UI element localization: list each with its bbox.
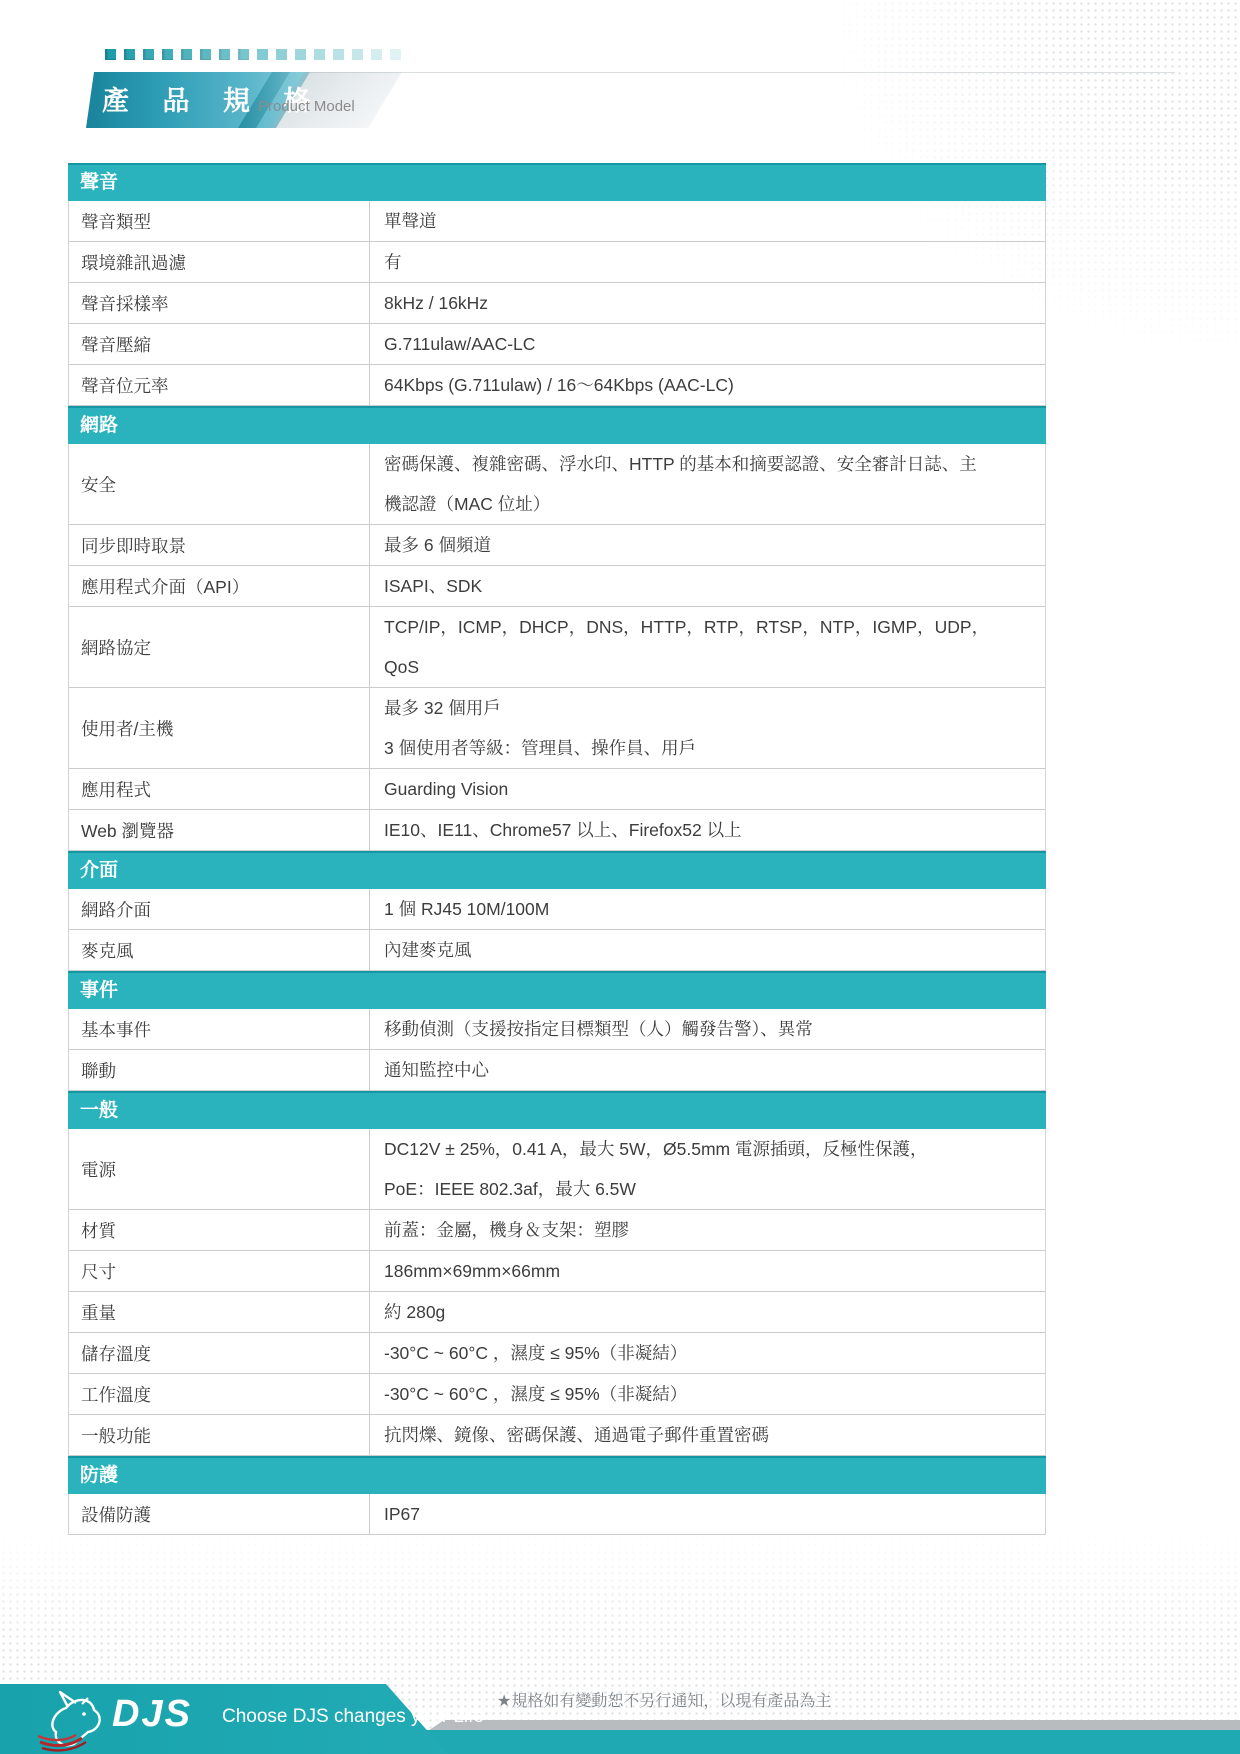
spec-row: 聯動通知監控中心 — [69, 1050, 1045, 1091]
spec-value: 約 280g — [370, 1292, 1045, 1332]
brand-slogan: Choose DJS changes your Life — [222, 1706, 484, 1728]
spec-value: 有 — [370, 242, 1045, 282]
deco-square — [105, 49, 116, 60]
spec-label: 聯動 — [69, 1050, 370, 1090]
spec-value-line: ISAPI、SDK — [384, 566, 1031, 606]
spec-row: 電源DC12V ± 25%，0.41 A，最大 5W，Ø5.5mm 電源插頭，反… — [69, 1129, 1045, 1210]
spec-label: 環境雜訊過濾 — [69, 242, 370, 282]
spec-value-line: 最多 32 個用戶 — [384, 688, 1031, 728]
section-header: 網路 — [68, 406, 1046, 444]
spec-value: 64Kbps (G.711ulaw) / 16～64Kbps (AAC-LC) — [370, 365, 1045, 405]
spec-value-line: 8kHz / 16kHz — [384, 283, 1031, 323]
spec-row: 使用者/主機最多 32 個用戶3 個使用者等級：管理員、操作員、用戶 — [69, 688, 1045, 769]
spec-value: -30°C ~ 60°C ，濕度 ≤ 95%（非凝結） — [370, 1374, 1045, 1414]
spec-row: 網路介面1 個 RJ45 10M/100M — [69, 889, 1045, 930]
spec-value-line: 前蓋：金屬，機身＆支架：塑膠 — [384, 1210, 1031, 1250]
spec-value: 單聲道 — [370, 201, 1045, 241]
spec-label: 一般功能 — [69, 1415, 370, 1455]
spec-value: 最多 6 個頻道 — [370, 525, 1045, 565]
spec-row: 安全密碼保護、複雜密碼、浮水印、HTTP 的基本和摘要認證、安全審計日誌、主機認… — [69, 444, 1045, 525]
brand-wordmark: DJS — [112, 1693, 192, 1736]
spec-value-line: 機認證（MAC 位址） — [384, 484, 1031, 524]
spec-label: 同步即時取景 — [69, 525, 370, 565]
deco-square — [143, 49, 154, 60]
spec-value: 最多 32 個用戶3 個使用者等級：管理員、操作員、用戶 — [370, 688, 1045, 768]
spec-value-line: Guarding Vision — [384, 769, 1031, 809]
section-header: 事件 — [68, 971, 1046, 1009]
spec-value: G.711ulaw/AAC-LC — [370, 324, 1045, 364]
spec-value-line: DC12V ± 25%，0.41 A，最大 5W，Ø5.5mm 電源插頭，反極性… — [384, 1129, 1031, 1169]
spec-value: 密碼保護、複雜密碼、浮水印、HTTP 的基本和摘要認證、安全審計日誌、主機認證（… — [370, 444, 1045, 524]
spec-value-line: -30°C ~ 60°C ，濕度 ≤ 95%（非凝結） — [384, 1333, 1031, 1373]
spec-value-line: -30°C ~ 60°C ，濕度 ≤ 95%（非凝結） — [384, 1374, 1031, 1414]
spec-label: 使用者/主機 — [69, 688, 370, 768]
spec-value: 通知監控中心 — [370, 1050, 1045, 1090]
spec-value-line: 內建麥克風 — [384, 930, 1031, 970]
spec-row: Web 瀏覽器IE10、IE11、Chrome57 以上、Firefox52 以… — [69, 810, 1045, 851]
section-header: 防護 — [68, 1456, 1046, 1494]
spec-value: 移動偵測（支援按指定目標類型（人）觸發告警）、異常 — [370, 1009, 1045, 1049]
spec-value-line: 3 個使用者等級：管理員、操作員、用戶 — [384, 728, 1031, 768]
spec-value-line: IE10、IE11、Chrome57 以上、Firefox52 以上 — [384, 810, 1031, 850]
spec-value-line: TCP/IP，ICMP，DHCP，DNS，HTTP，RTP，RTSP，NTP，I… — [384, 607, 1031, 647]
spec-row: 聲音位元率64Kbps (G.711ulaw) / 16～64Kbps (AAC… — [69, 365, 1045, 406]
spec-value-line: 移動偵測（支援按指定目標類型（人）觸發告警）、異常 — [384, 1009, 1031, 1049]
spec-value: 186mm×69mm×66mm — [370, 1251, 1045, 1291]
spec-value: 前蓋：金屬，機身＆支架：塑膠 — [370, 1210, 1045, 1250]
spec-value-line: 有 — [384, 242, 1031, 282]
deco-square — [124, 49, 135, 60]
deco-square — [219, 49, 230, 60]
spec-value: 抗閃爍、鏡像、密碼保護、通過電子郵件重置密碼 — [370, 1415, 1045, 1455]
spec-row: 基本事件移動偵測（支援按指定目標類型（人）觸發告警）、異常 — [69, 1009, 1045, 1050]
section-header: 介面 — [68, 851, 1046, 889]
spec-label: 網路介面 — [69, 889, 370, 929]
spec-row: 聲音壓縮G.711ulaw/AAC-LC — [69, 324, 1045, 365]
spec-sheet-page: 產 品 規 格 Product Model 聲音聲音類型單聲道環境雜訊過濾有聲音… — [0, 0, 1240, 1754]
section-header: 一般 — [68, 1091, 1046, 1129]
spec-row: 儲存溫度-30°C ~ 60°C ，濕度 ≤ 95%（非凝結） — [69, 1333, 1045, 1374]
deco-square — [371, 49, 382, 60]
spec-value: IE10、IE11、Chrome57 以上、Firefox52 以上 — [370, 810, 1045, 850]
spec-label: 尺寸 — [69, 1251, 370, 1291]
page-subtitle: Product Model — [258, 98, 355, 115]
deco-square — [314, 49, 325, 60]
spec-row: 工作溫度-30°C ~ 60°C ，濕度 ≤ 95%（非凝結） — [69, 1374, 1045, 1415]
deco-square — [200, 49, 211, 60]
spec-row: 材質前蓋：金屬，機身＆支架：塑膠 — [69, 1210, 1045, 1251]
spec-label: 聲音類型 — [69, 201, 370, 241]
spec-row: 聲音採樣率8kHz / 16kHz — [69, 283, 1045, 324]
spec-row: 同步即時取景最多 6 個頻道 — [69, 525, 1045, 566]
deco-square — [352, 49, 363, 60]
deco-square — [276, 49, 287, 60]
spec-row: 尺寸186mm×69mm×66mm — [69, 1251, 1045, 1292]
spec-row: 麥克風內建麥克風 — [69, 930, 1045, 971]
spec-value: Guarding Vision — [370, 769, 1045, 809]
spec-value: TCP/IP，ICMP，DHCP，DNS，HTTP，RTP，RTSP，NTP，I… — [370, 607, 1045, 687]
spec-value-line: 186mm×69mm×66mm — [384, 1251, 1031, 1291]
spec-label: 聲音壓縮 — [69, 324, 370, 364]
spec-row: 設備防護IP67 — [69, 1494, 1045, 1535]
spec-value-line: 通知監控中心 — [384, 1050, 1031, 1090]
spec-label: 麥克風 — [69, 930, 370, 970]
spec-value-line: 抗閃爍、鏡像、密碼保護、通過電子郵件重置密碼 — [384, 1415, 1031, 1455]
spec-value-line: PoE：IEEE 802.3af，最大 6.5W — [384, 1169, 1031, 1209]
spec-value: -30°C ~ 60°C ，濕度 ≤ 95%（非凝結） — [370, 1333, 1045, 1373]
spec-value: 8kHz / 16kHz — [370, 283, 1045, 323]
spec-value: IP67 — [370, 1494, 1045, 1534]
spec-value-line: 最多 6 個頻道 — [384, 525, 1031, 565]
spec-label: 基本事件 — [69, 1009, 370, 1049]
spec-value-line: IP67 — [384, 1494, 1031, 1534]
spec-label: 電源 — [69, 1129, 370, 1209]
spec-value-line: 單聲道 — [384, 201, 1031, 241]
spec-row: 應用程式Guarding Vision — [69, 769, 1045, 810]
deco-square — [257, 49, 268, 60]
spec-value: 內建麥克風 — [370, 930, 1045, 970]
spec-label: 工作溫度 — [69, 1374, 370, 1414]
spec-row: 一般功能抗閃爍、鏡像、密碼保護、通過電子郵件重置密碼 — [69, 1415, 1045, 1456]
spec-label: 安全 — [69, 444, 370, 524]
spec-label: 材質 — [69, 1210, 370, 1250]
unicorn-logo-icon — [26, 1690, 110, 1752]
spec-value-line: 1 個 RJ45 10M/100M — [384, 889, 1031, 929]
spec-value-line: G.711ulaw/AAC-LC — [384, 324, 1031, 364]
spec-row: 環境雜訊過濾有 — [69, 242, 1045, 283]
spec-value-line: 約 280g — [384, 1292, 1031, 1332]
spec-label: 儲存溫度 — [69, 1333, 370, 1373]
deco-square — [238, 49, 249, 60]
spec-label: 應用程式 — [69, 769, 370, 809]
header-rule — [298, 72, 1175, 73]
deco-square — [295, 49, 306, 60]
spec-label: Web 瀏覽器 — [69, 810, 370, 850]
spec-label: 設備防護 — [69, 1494, 370, 1534]
deco-square — [390, 49, 401, 60]
deco-square — [181, 49, 192, 60]
spec-value-line: 密碼保護、複雜密碼、浮水印、HTTP 的基本和摘要認證、安全審計日誌、主 — [384, 444, 1031, 484]
spec-label: 應用程式介面（API） — [69, 566, 370, 606]
spec-label: 重量 — [69, 1292, 370, 1332]
spec-row: 聲音類型單聲道 — [69, 201, 1045, 242]
spec-label: 聲音位元率 — [69, 365, 370, 405]
spec-row: 應用程式介面（API）ISAPI、SDK — [69, 566, 1045, 607]
fade-squares — [105, 49, 401, 60]
spec-row: 重量約 280g — [69, 1292, 1045, 1333]
spec-table: 聲音聲音類型單聲道環境雜訊過濾有聲音採樣率8kHz / 16kHz聲音壓縮G.7… — [68, 163, 1046, 1535]
spec-row: 網路協定TCP/IP，ICMP，DHCP，DNS，HTTP，RTP，RTSP，N… — [69, 607, 1045, 688]
deco-square — [333, 49, 344, 60]
spec-value-line: 64Kbps (G.711ulaw) / 16～64Kbps (AAC-LC) — [384, 365, 1031, 405]
disclaimer-note: ★規格如有變動恕不另行通知，以現有產品為主 — [497, 1688, 831, 1711]
spec-label: 網路協定 — [69, 607, 370, 687]
spec-label: 聲音採樣率 — [69, 283, 370, 323]
spec-value: DC12V ± 25%，0.41 A，最大 5W，Ø5.5mm 電源插頭，反極性… — [370, 1129, 1045, 1209]
deco-square — [162, 49, 173, 60]
section-header: 聲音 — [68, 163, 1046, 201]
spec-value: ISAPI、SDK — [370, 566, 1045, 606]
spec-value-line: QoS — [384, 647, 1031, 687]
spec-value: 1 個 RJ45 10M/100M — [370, 889, 1045, 929]
